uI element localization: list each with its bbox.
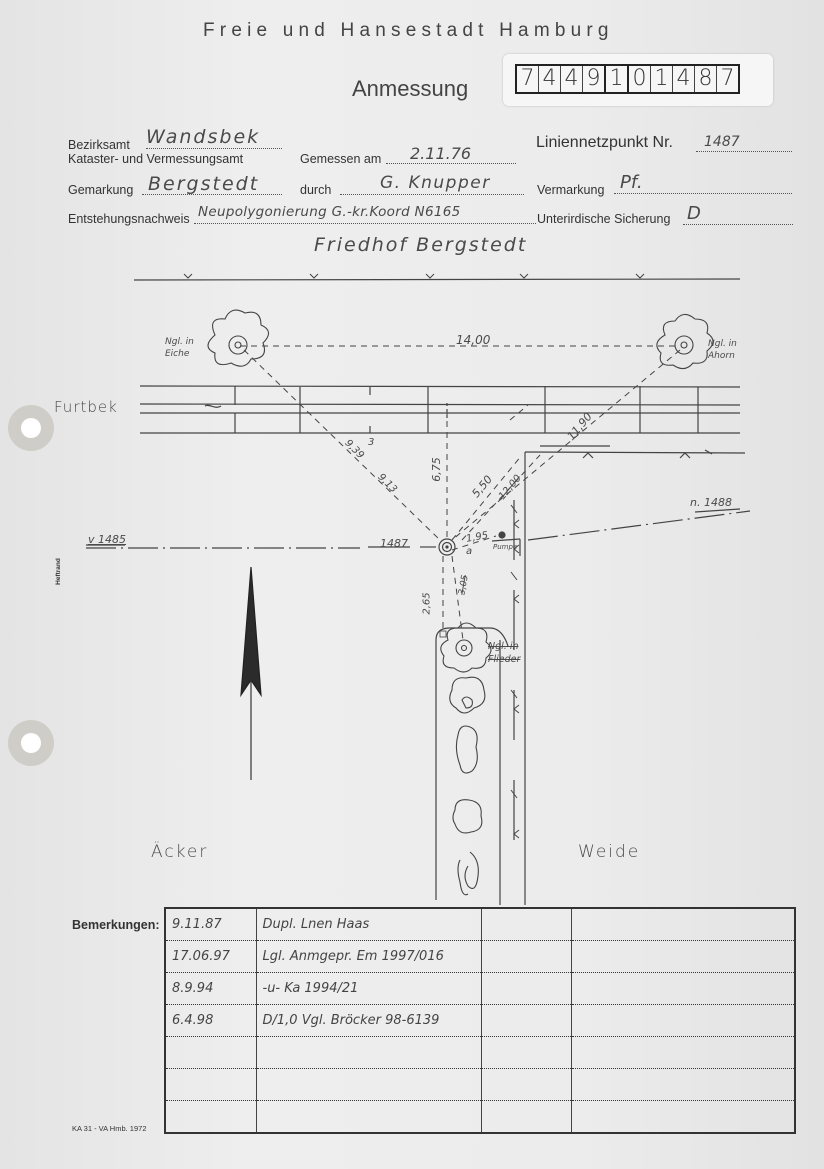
field-left-label: Äcker <box>151 842 208 862</box>
pump-a-label: a <box>466 546 472 557</box>
remarks-cell <box>571 908 795 941</box>
tree-left-label: Ngl. in Eiche <box>165 336 209 360</box>
remarks-label: Bemerkungen: <box>72 918 160 932</box>
distance-left-3: 3 <box>368 437 374 448</box>
distance-down-1: 2,65 <box>422 592 433 614</box>
remarks-cell: 9.11.87 <box>165 908 256 941</box>
margin-label: Heftrand <box>55 558 62 585</box>
pump-label: Pumpe <box>493 543 517 551</box>
remarks-cell <box>571 1005 795 1037</box>
remarks-row: 17.06.97Lgl. Anmgepr. Em 1997/016 <box>165 941 795 973</box>
remarks-cell <box>481 1037 571 1069</box>
remarks-cell: 6.4.98 <box>165 1005 256 1037</box>
remarks-cell <box>481 908 571 941</box>
remarks-cell <box>481 941 571 973</box>
remarks-row <box>165 1069 795 1101</box>
remarks-row <box>165 1037 795 1069</box>
remarks-cell <box>481 1101 571 1134</box>
tree-right-label: Ngl. in Ahorn <box>708 338 754 362</box>
remarks-cell <box>256 1069 481 1101</box>
remarks-cell <box>481 1069 571 1101</box>
cemetery-label: Friedhof Bergstedt <box>314 234 527 256</box>
remarks-row: 6.4.98D/1,0 Vgl. Bröcker 98-6139 <box>165 1005 795 1037</box>
remarks-cell <box>165 1069 256 1101</box>
remarks-row <box>165 1101 795 1134</box>
remarks-cell: 17.06.97 <box>165 941 256 973</box>
remarks-cell <box>571 1037 795 1069</box>
remarks-cell: -u- Ka 1994/21 <box>256 973 481 1005</box>
point-prev-label: v 1485 <box>88 533 126 546</box>
remarks-cell: Dupl. Lnen Haas <box>256 908 481 941</box>
remarks-cell <box>481 1005 571 1037</box>
remarks-row: 9.11.87Dupl. Lnen Haas <box>165 908 795 941</box>
remarks-cell <box>481 973 571 1005</box>
remarks-cell <box>571 973 795 1005</box>
form-code: KA 31 - VA Hmb. 1972 <box>72 1124 147 1133</box>
distance-up: 6,75 <box>430 457 443 482</box>
remarks-row: 8.9.94-u- Ka 1994/21 <box>165 973 795 1005</box>
remarks-cell <box>571 1101 795 1134</box>
remarks-cell <box>256 1101 481 1134</box>
remarks-cell: 8.9.94 <box>165 973 256 1005</box>
remarks-cell: D/1,0 Vgl. Bröcker 98-6139 <box>256 1005 481 1037</box>
remarks-cell <box>165 1101 256 1134</box>
tree-bottom-label: Ngl. in Flieder <box>488 640 538 666</box>
remarks-cell <box>256 1037 481 1069</box>
stream-label: Furtbek <box>54 398 118 416</box>
remarks-cell <box>571 941 795 973</box>
remarks-cell <box>165 1037 256 1069</box>
remarks-table: 9.11.87Dupl. Lnen Haas17.06.97Lgl. Anmge… <box>164 907 796 1134</box>
point-this-label: 1487 <box>380 537 408 550</box>
field-right-label: Weide <box>578 842 640 862</box>
point-next-label: n. 1488 <box>690 496 732 509</box>
distance-trees: 14,00 <box>456 333 490 347</box>
remarks-cell <box>571 1069 795 1101</box>
remarks-cell: Lgl. Anmgepr. Em 1997/016 <box>256 941 481 973</box>
